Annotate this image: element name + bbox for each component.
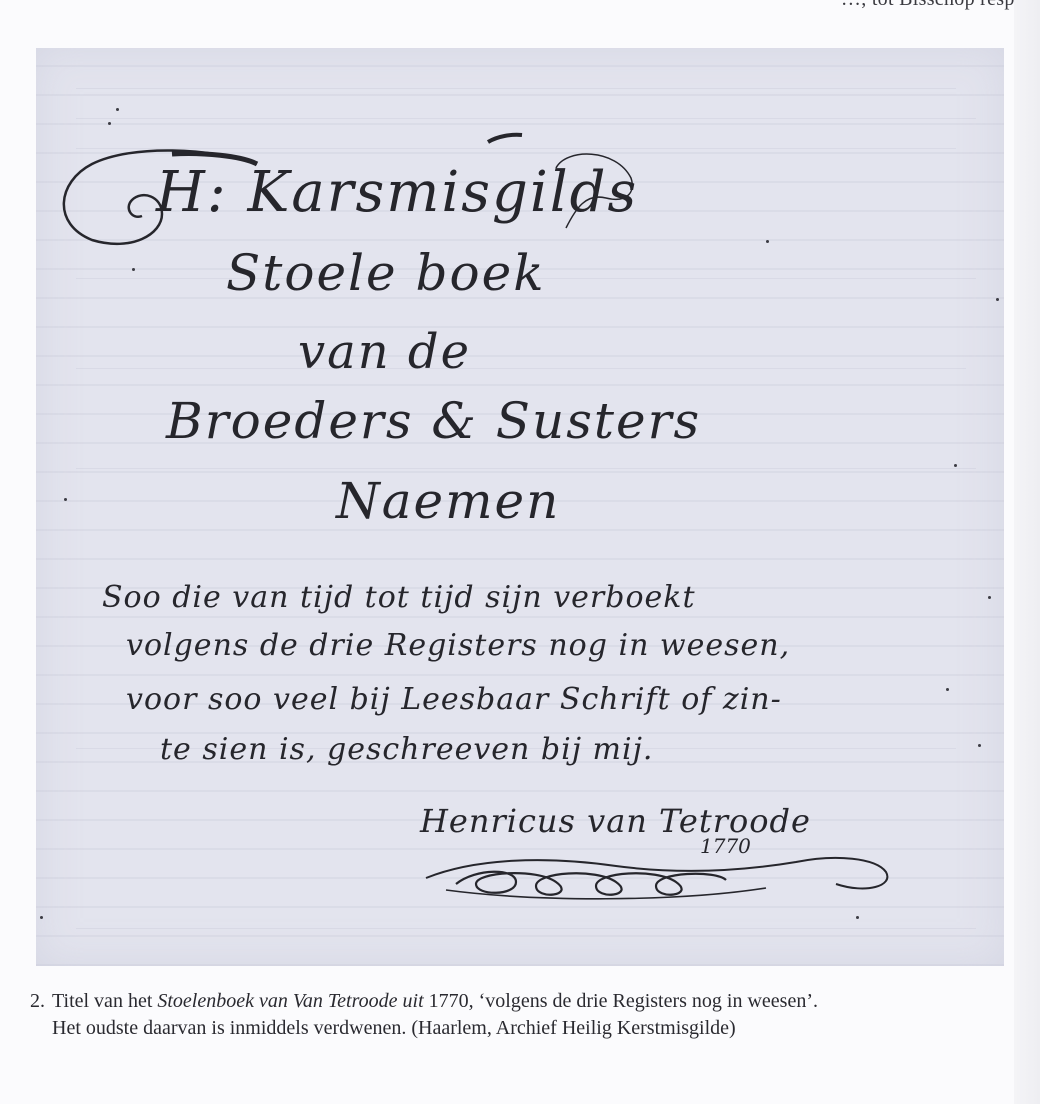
caption-text-a: Titel van het [52,990,157,1012]
speck [996,298,999,301]
body-line-2: volgens de drie Registers nog in weesen, [126,628,790,663]
caption-line-2: Het oudste daarvan is inmiddels verdwene… [30,1015,1020,1042]
body-line-4: te sien is, geschreeven bij mij. [160,732,653,767]
signature: Henricus van Tetroode [420,802,811,840]
title-line-1: H: Karsmisgilds [156,160,638,225]
speck [954,464,957,467]
bleed-text: …, tot Bisschop resp. [841,0,1020,11]
speck [856,916,859,919]
speck [40,916,43,919]
title-line-5: Naemen [336,472,560,530]
title-line-4: Broeders & Susters [166,392,701,450]
speck [64,498,67,501]
caption-italic: Stoelenboek van Van Tetroode uit [157,990,423,1012]
speck [116,108,119,111]
body-line-1: Soo die van tijd tot tijd sijn verboekt [102,580,696,615]
body-line-3: voor soo veel bij Leesbaar Schrift of zi… [126,682,782,717]
figure-caption: 2.Titel van het Stoelenboek van Van Tetr… [30,988,1020,1042]
title-line-3: van de [298,324,471,380]
speck [946,688,949,691]
signature-paraph-icon [416,838,896,908]
page-gutter [1014,0,1040,1104]
caption-number: 2. [30,988,52,1015]
speck [988,596,991,599]
caption-text-b: 1770, ‘volgens de drie Registers nog in … [424,990,818,1012]
speck [108,122,111,125]
previous-text-bleed: …, tot Bisschop resp. [0,0,1040,14]
speck [766,240,769,243]
speck [132,268,135,271]
manuscript-scan: H: Karsmisgilds Stoele boek van de Broed… [36,48,1004,966]
title-line-2: Stoele boek [226,244,546,302]
dash-mark-icon [486,132,526,146]
speck [978,744,981,747]
caption-line-1: 2.Titel van het Stoelenboek van Van Tetr… [30,988,1020,1015]
